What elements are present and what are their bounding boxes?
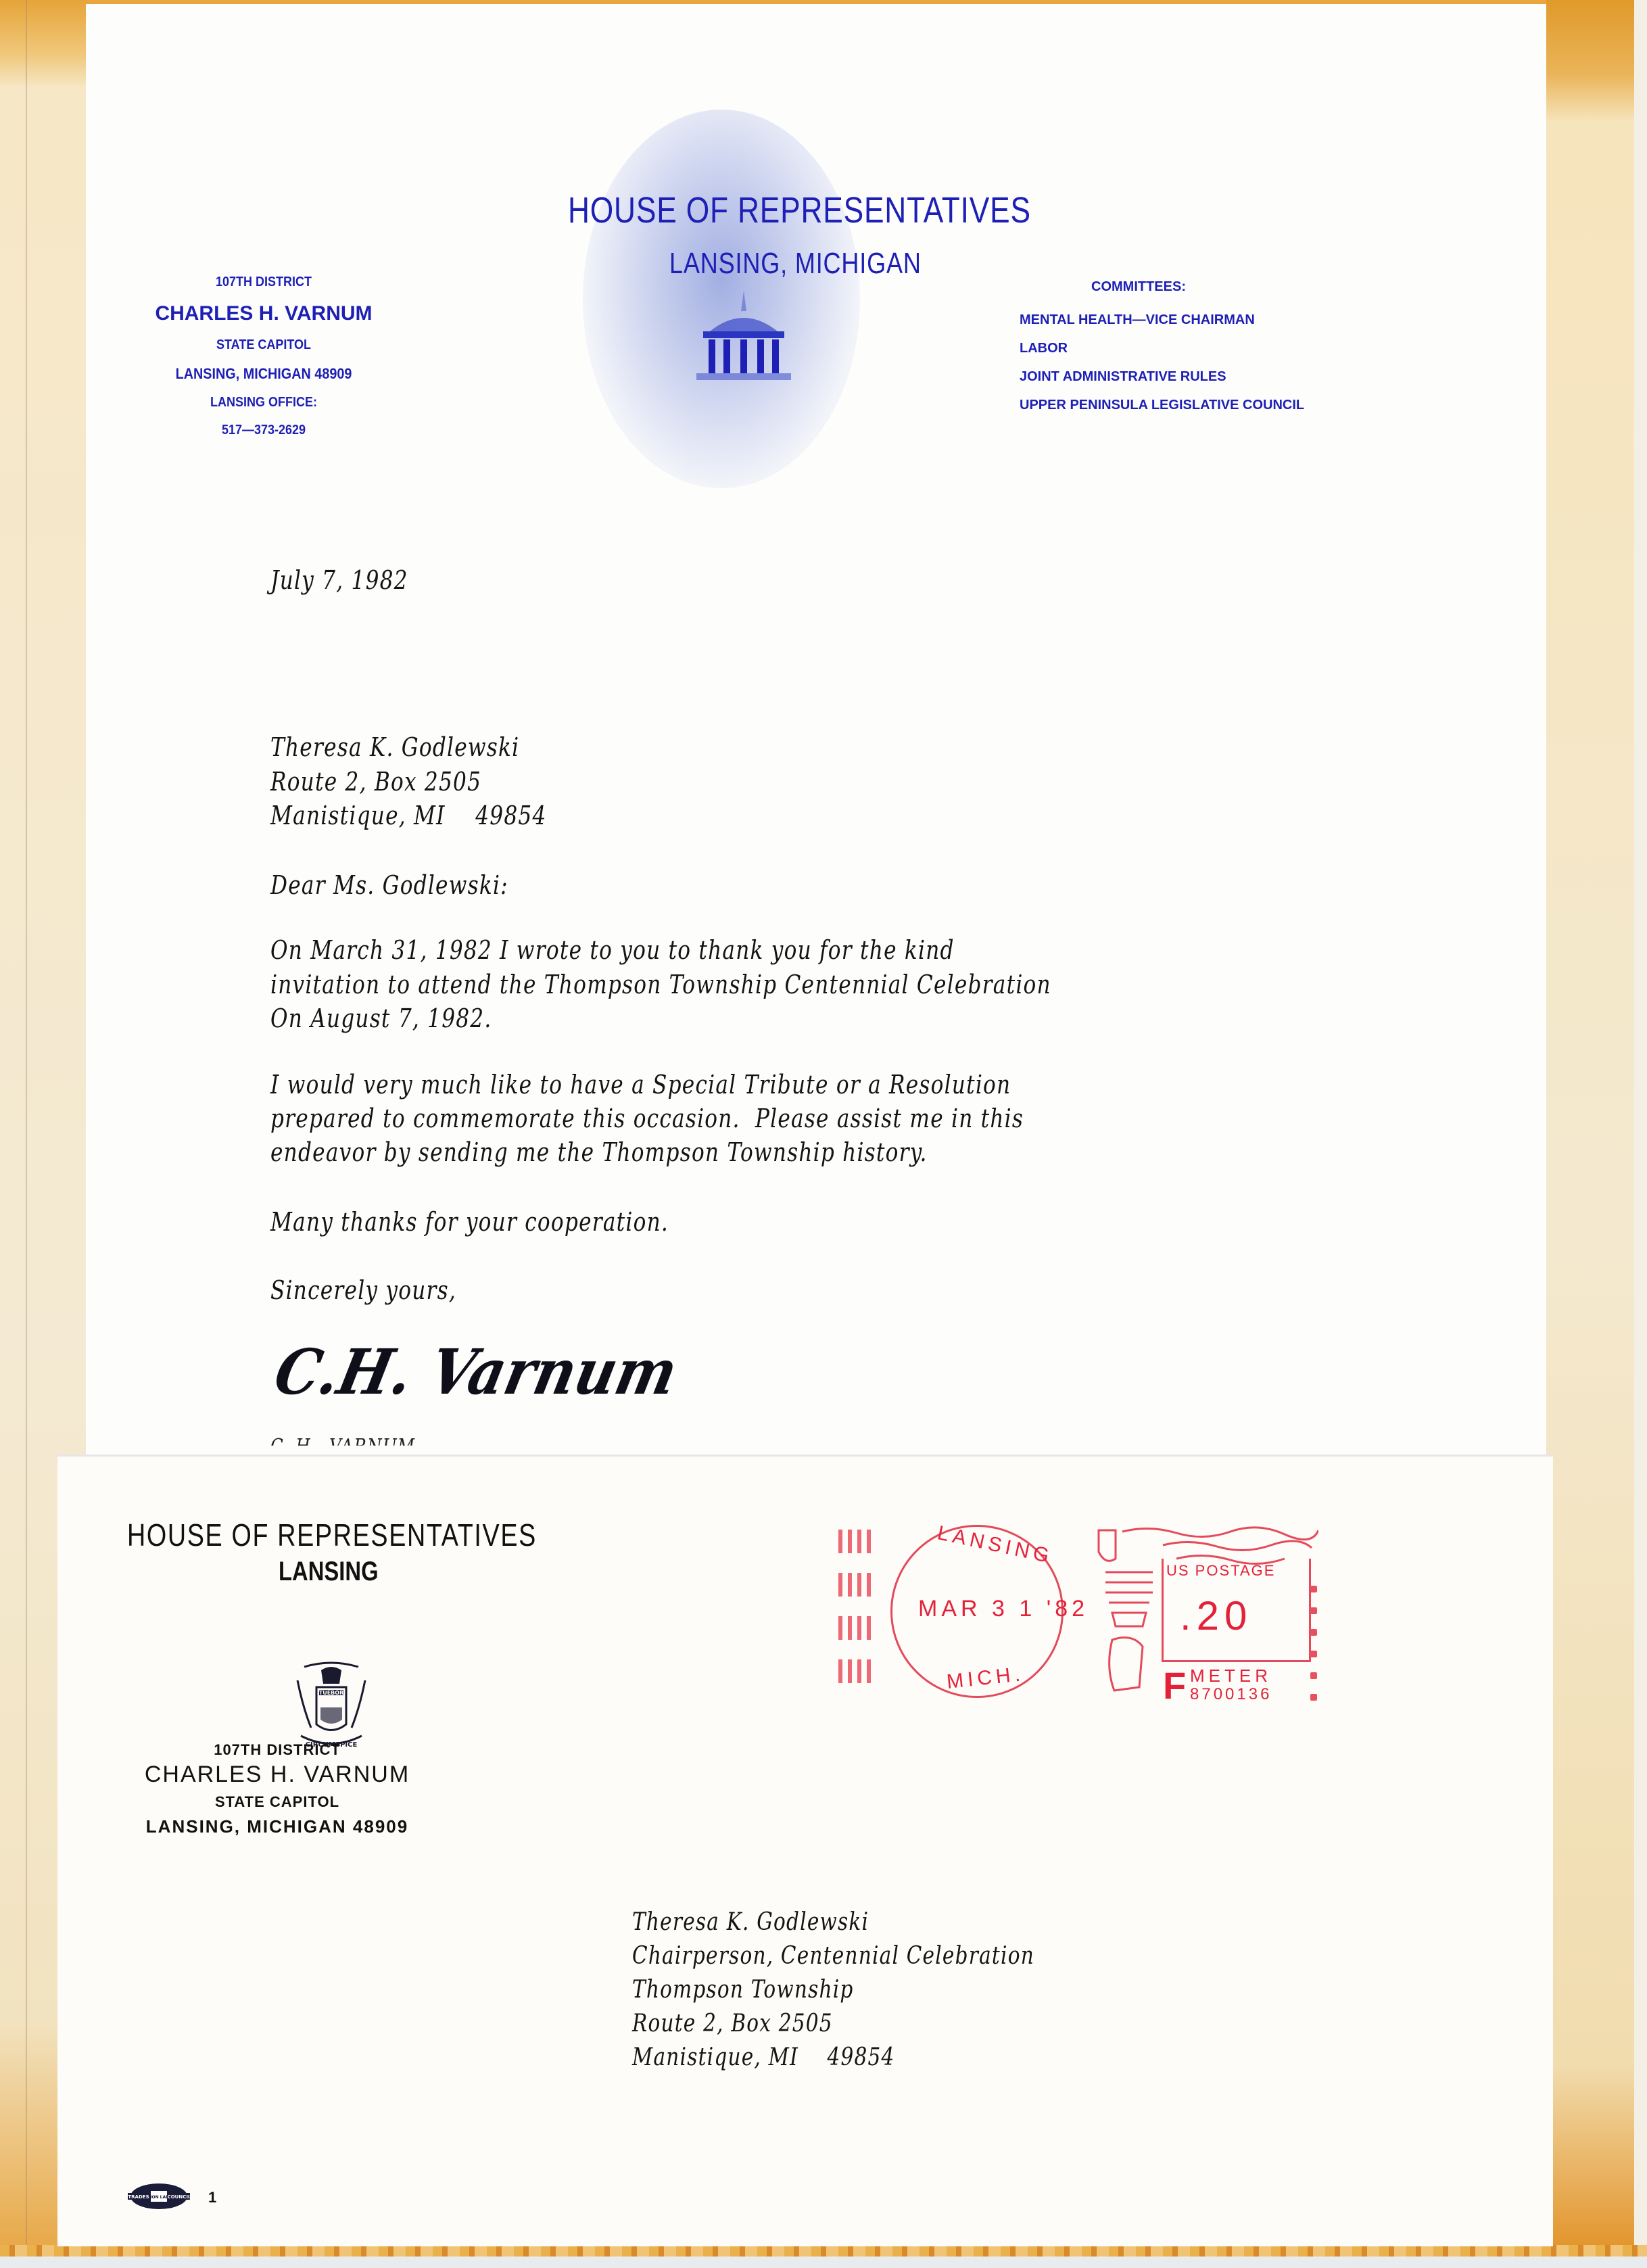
committee-item: LABOR <box>1020 341 1425 356</box>
paragraph-line: invitation to attend the Thompson Townsh… <box>270 970 1051 999</box>
envelope-recipient-line: Chairperson, Centennial Celebration <box>632 1942 1034 1970</box>
office-phone: 517—373-2629 <box>136 423 391 438</box>
salutation: Dear Ms. Godlewski: <box>270 870 508 900</box>
meter-prefix: F <box>1163 1663 1186 1707</box>
union-label-number: 1 <box>208 2189 216 2206</box>
paragraph-line: prepared to commemorate this occasion. P… <box>270 1104 1024 1133</box>
cancellation-bars <box>838 1530 872 1703</box>
envelope-recipient-line: Route 2, Box 2505 <box>632 2010 833 2037</box>
tape-strip-right <box>1546 0 1634 2245</box>
union-label-icon: UNION LABEL TRADES COUNCIL <box>125 2182 193 2211</box>
representative-name: CHARLES H. VARNUM <box>122 302 406 325</box>
committee-item: UPPER PENINSULA LEGISLATIVE COUNCIL <box>1020 398 1425 413</box>
committee-item: MENTAL HEALTH—VICE CHAIRMAN <box>1020 312 1425 328</box>
postage-meter-stamp: US POSTAGE .20 F METER 8700136 <box>1095 1525 1318 1707</box>
meter-dots <box>1310 1586 1320 1716</box>
committees-heading: COMMITTEES: <box>1091 279 1425 295</box>
postage-amount: .20 <box>1180 1592 1252 1639</box>
meter-number: 8700136 <box>1190 1685 1272 1704</box>
meter-torch-icon <box>1095 1565 1160 1701</box>
mount-edge-right <box>1634 0 1647 2245</box>
capitol-dome-icon <box>683 291 805 385</box>
letter-date: July 7, 1982 <box>270 565 408 595</box>
meter-label: US POSTAGE <box>1166 1562 1275 1580</box>
office-label: LANSING OFFICE: <box>136 395 391 410</box>
envelope-recipient-line: Theresa K. Godlewski <box>632 1908 869 1936</box>
committee-item: JOINT ADMINISTRATIVE RULES <box>1020 369 1425 385</box>
envelope-district: 107TH DISTRICT <box>101 1741 453 1759</box>
closing: Sincerely yours, <box>270 1275 456 1305</box>
recipient-line: Manistique, MI 49854 <box>270 801 547 830</box>
paragraph-line: endeavor by sending me the Thompson Town… <box>270 1137 928 1167</box>
envelope-return-subtitle: LANSING <box>279 1557 379 1587</box>
envelope-address-2: LANSING, MICHIGAN 48909 <box>101 1816 453 1837</box>
envelope-address-1: STATE CAPITOL <box>101 1793 453 1811</box>
envelope-name: CHARLES H. VARNUM <box>101 1762 453 1788</box>
seal-banner: TUEBOR <box>319 1690 343 1696</box>
postmark-date: MAR 3 1 '82 <box>918 1596 1089 1622</box>
recipient-line: Route 2, Box 2505 <box>270 767 481 797</box>
envelope-recipient-line: Manistique, MI 49854 <box>632 2043 895 2071</box>
envelope-recipient-line: Thompson Township <box>632 1976 854 2004</box>
michigan-state-seal-icon: CIRCUMSPICE TUEBOR <box>291 1660 372 1751</box>
recipient-line: Theresa K. Godlewski <box>270 732 519 762</box>
signature: C.H. Varnum <box>268 1336 684 1409</box>
address-line-2: LANSING, MICHIGAN 48909 <box>136 365 391 383</box>
union-label-trades: TRADES <box>128 2194 149 2200</box>
committees-list: COMMITTEES: MENTAL HEALTH—VICE CHAIRMAN … <box>1020 279 1425 426</box>
paragraph-line: On March 31, 1982 I wrote to you to than… <box>270 935 955 965</box>
meter-text: METER <box>1190 1665 1272 1686</box>
letterhead-location: LANSING, MICHIGAN <box>669 247 922 281</box>
paragraph-line: On August 7, 1982. <box>270 1003 492 1033</box>
letterhead-representative-info: 107TH DISTRICT CHARLES H. VARNUM STATE C… <box>122 275 406 450</box>
tape-strip-bottom <box>0 2245 1647 2257</box>
address-line-1: STATE CAPITOL <box>136 337 391 353</box>
paragraph-line: Many thanks for your cooperation. <box>270 1207 669 1237</box>
district-label: 107TH DISTRICT <box>136 275 391 290</box>
paragraph-line: I would very much like to have a Special… <box>270 1070 1011 1100</box>
letterhead-title: HOUSE OF REPRESENTATIVES <box>568 189 1031 231</box>
envelope-return-address: 107TH DISTRICT CHARLES H. VARNUM STATE C… <box>101 1741 453 1837</box>
envelope-return-title: HOUSE OF REPRESENTATIVES <box>127 1517 537 1553</box>
union-label-council: COUNCIL <box>168 2194 191 2200</box>
